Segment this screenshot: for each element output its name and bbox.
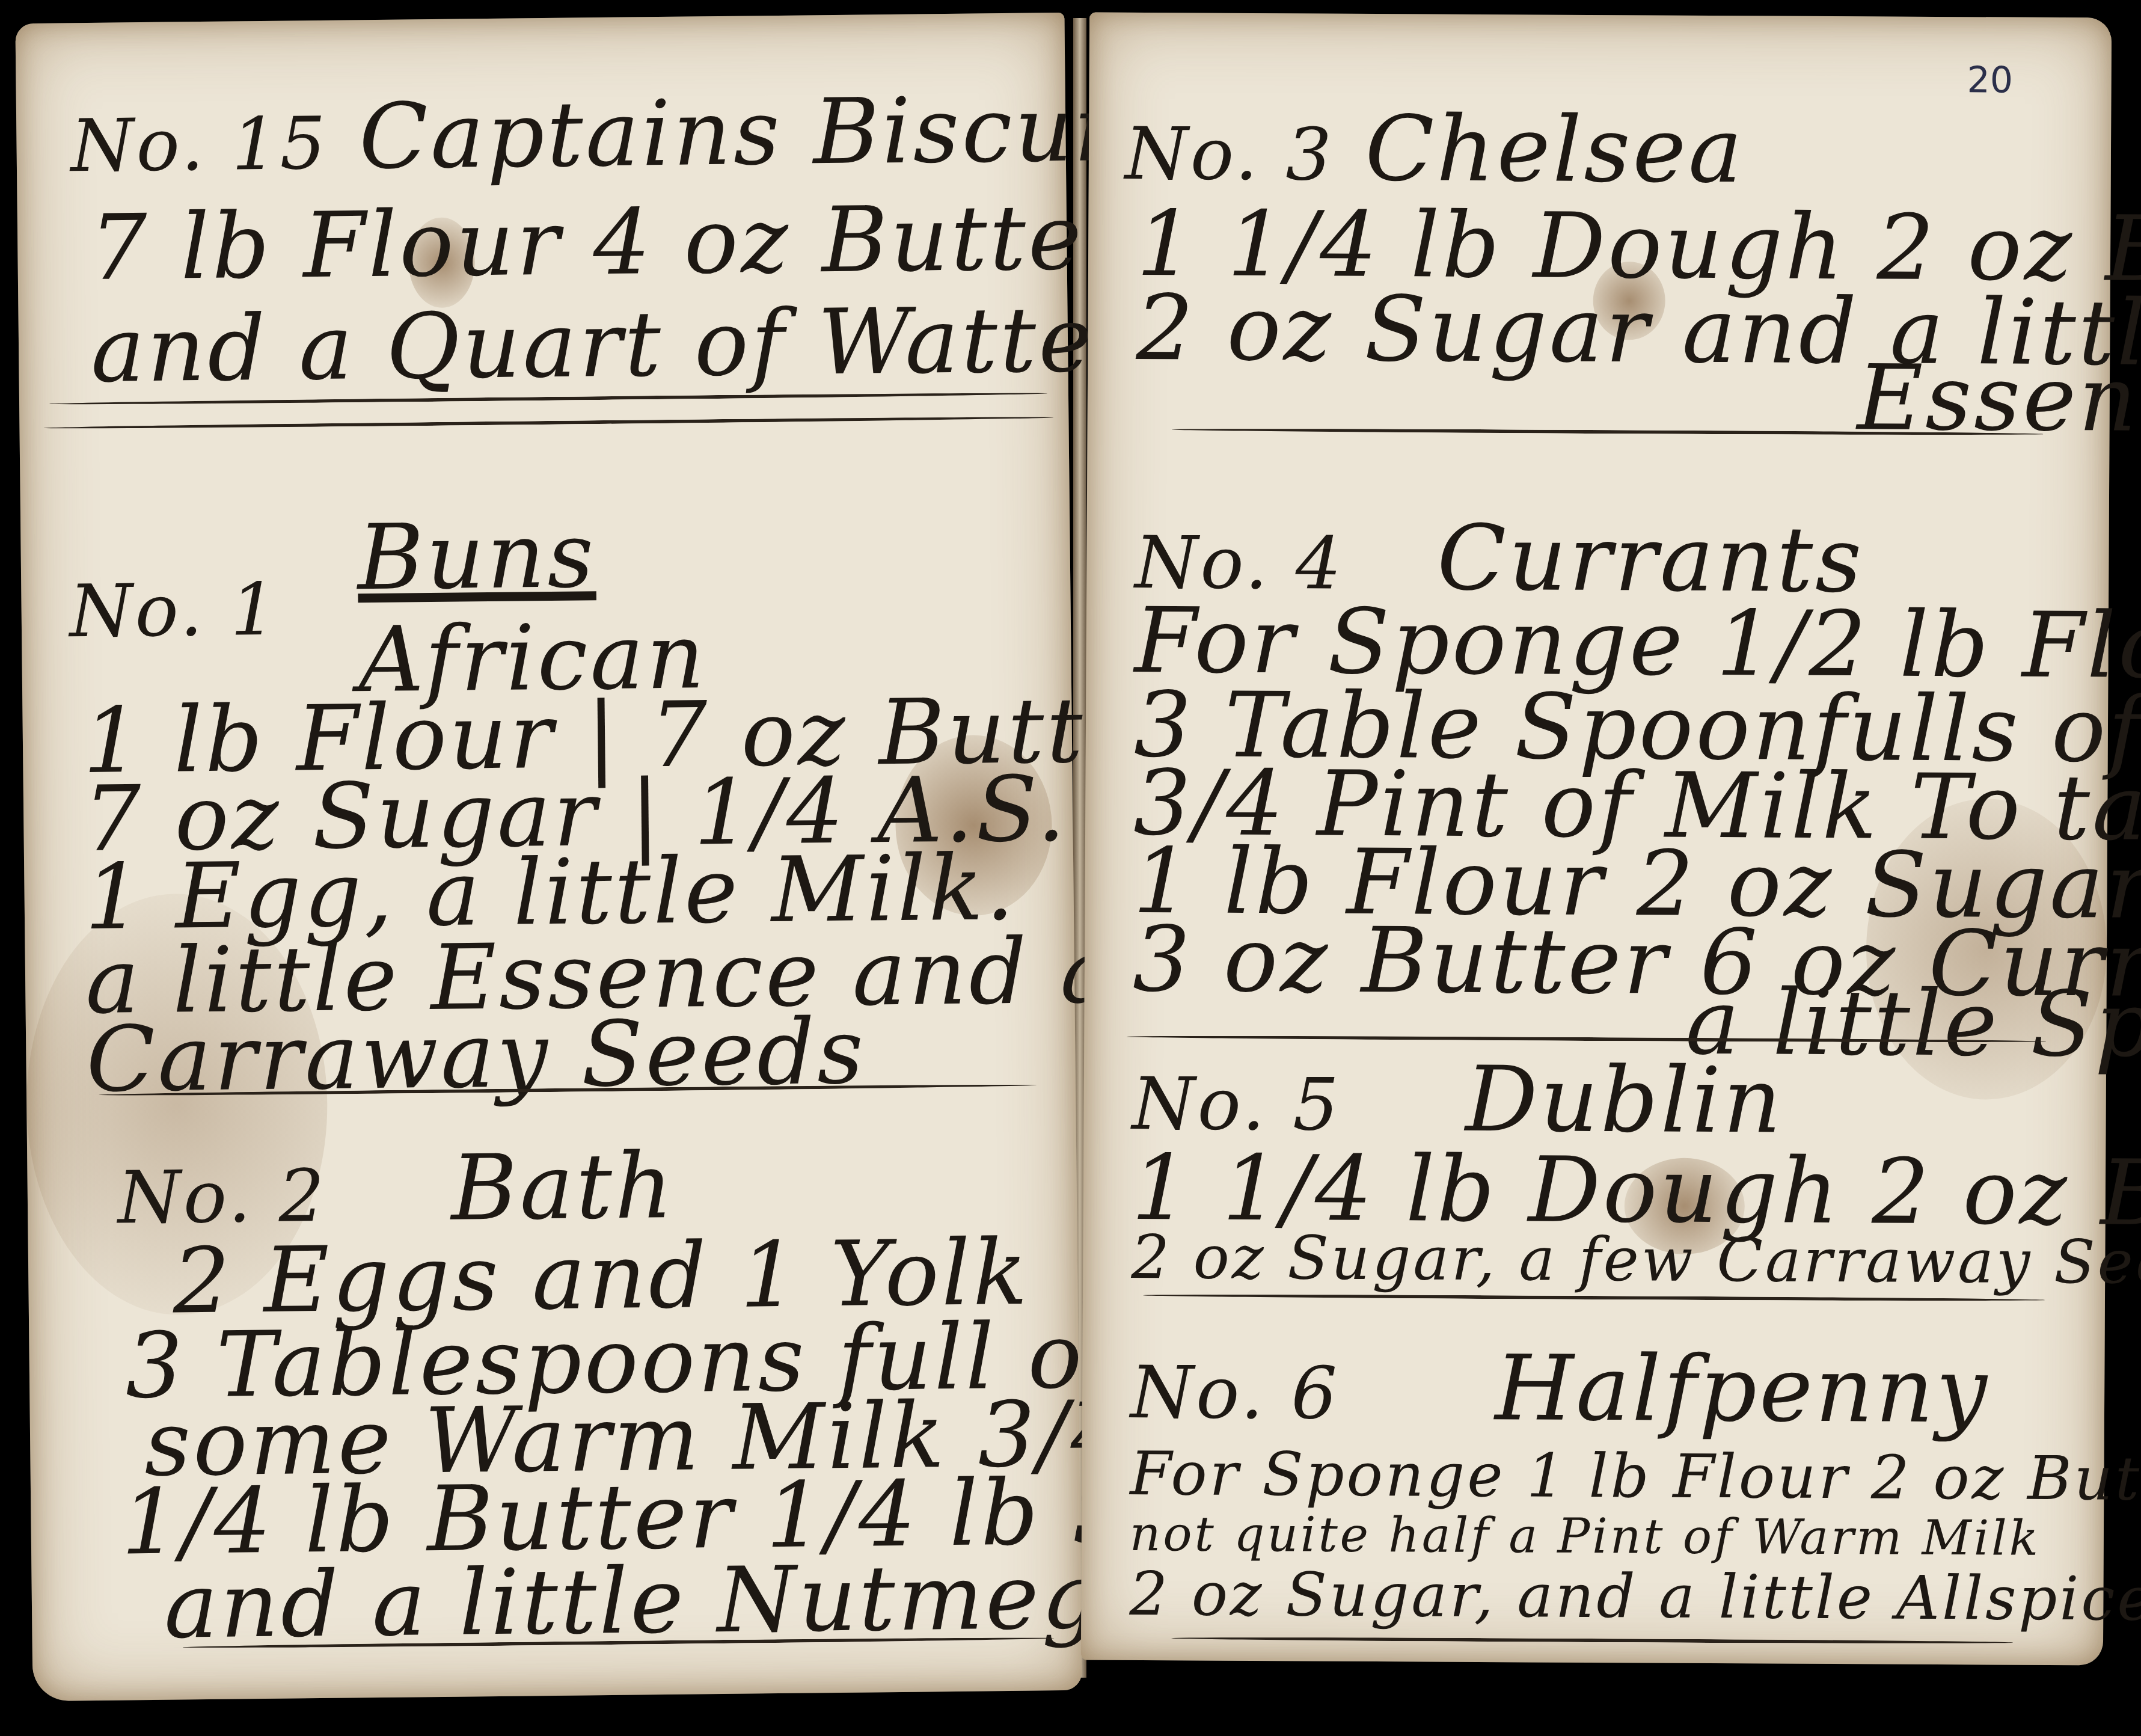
recipe-number: No. 6 bbox=[1130, 1351, 1340, 1436]
divider-rule bbox=[1171, 1636, 2013, 1644]
recipe-number: No. 1 bbox=[69, 574, 279, 649]
recipe-heading: No. 6 Halfpenny bbox=[1130, 1342, 1989, 1436]
right-page: 20 No. 3 Chelsea 1 1/4 lb Dough 2 oz But… bbox=[1081, 13, 2112, 1666]
recipe-heading: No. 2 Bath bbox=[117, 1141, 676, 1238]
recipe-line: not quite half a Pint of Warm Milk bbox=[1130, 1510, 2041, 1563]
recipe-number: No. 2 bbox=[117, 1155, 327, 1241]
recipe-line: and a Quart of Watter bbox=[90, 295, 1140, 396]
page-number: 20 bbox=[1967, 59, 2013, 101]
recipe-line: 2 oz Sugar, a few Carraway Seeds bbox=[1131, 1227, 2141, 1293]
recipe-number: No. 3 bbox=[1125, 112, 1335, 197]
recipe-title: Halfpenny bbox=[1495, 1336, 1989, 1443]
recipe-title: Captains Biscuits bbox=[358, 76, 1194, 190]
section-heading: Buns bbox=[357, 511, 596, 603]
recipe-line: For Sponge 1 lb Flour 2 oz Butter bbox=[1130, 1444, 2141, 1510]
left-page: No. 15 Captains Biscuits 7 lb Flour 4 oz… bbox=[15, 13, 1082, 1701]
recipe-line: and a little Nutmeg bbox=[164, 1551, 1101, 1651]
recipe-heading: No. 15 Captains Biscuits bbox=[70, 84, 1194, 186]
recipe-line: 7 lb Flour 4 oz Butter bbox=[90, 192, 1130, 293]
recipe-title: Chelsea bbox=[1365, 97, 1745, 203]
recipe-number: No. 5 bbox=[1132, 1063, 1341, 1147]
recipe-line: 2 oz Sugar, and a little Allspice bbox=[1129, 1564, 2141, 1630]
recipe-number: No. 15 bbox=[70, 102, 329, 188]
recipe-heading: No. 3 Chelsea bbox=[1125, 103, 1745, 196]
recipe-heading: No. 5 Dublin bbox=[1132, 1053, 1784, 1147]
divider-rule bbox=[43, 416, 1053, 430]
